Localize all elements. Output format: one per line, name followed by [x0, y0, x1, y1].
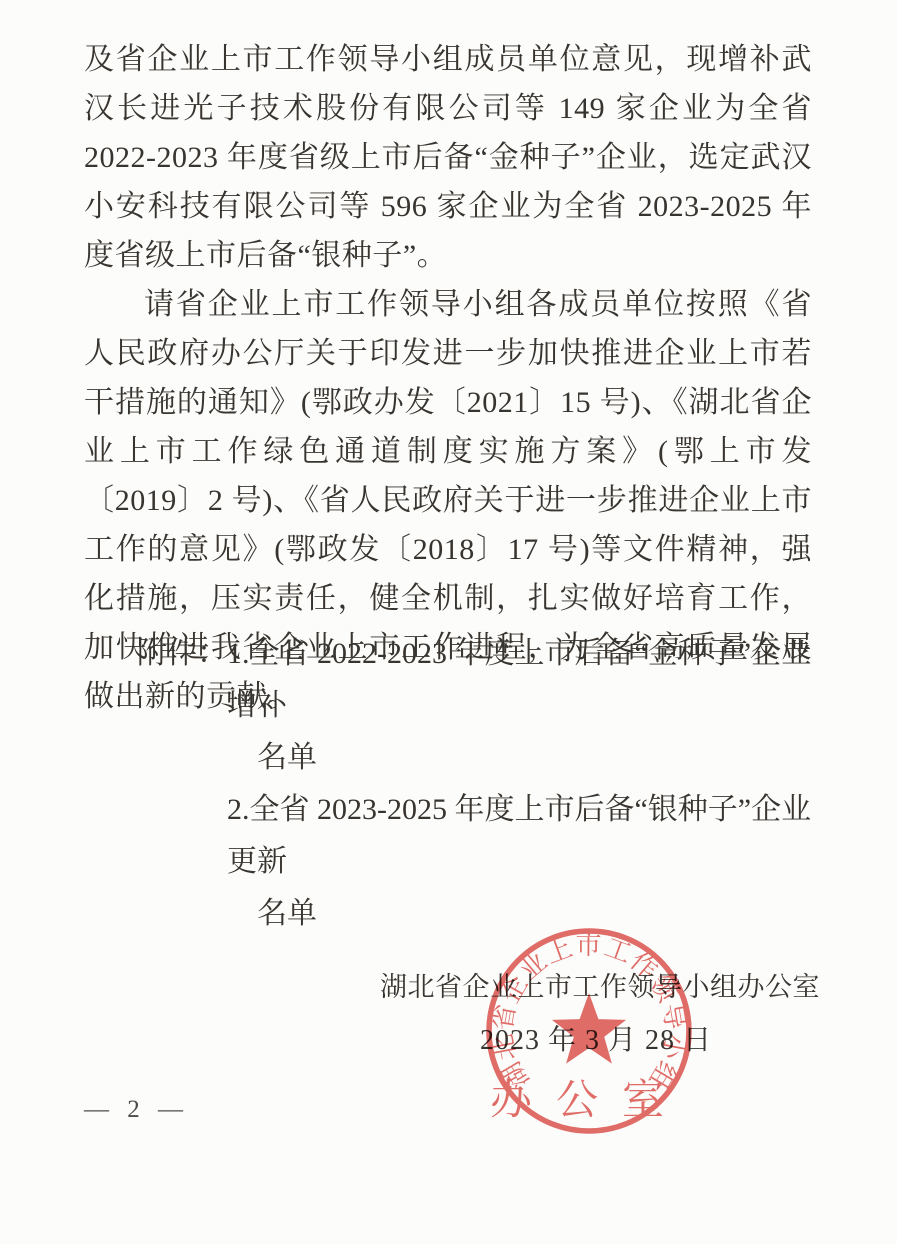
signature-block: 湖北省企业上市工作领导小组办公室 2023 年 3 月 28 日: [380, 970, 812, 1058]
attachments-block: 附件： 1.全省 2022-2023 年度上市后备“金种子”企业增补 名单 2.…: [137, 628, 837, 940]
page-number: — 2 —: [84, 1096, 189, 1124]
document-body: 及省企业上市工作领导小组成员单位意见，现增补武汉长进光子技术股份有限公司等 14…: [84, 35, 812, 721]
attachment-item-1: 1.全省 2022-2023 年度上市后备“金种子”企业增补 名单: [227, 628, 837, 784]
attachment-item-2-continuation: 名单: [227, 888, 837, 940]
attachment-item-2-text: 2.全省 2023-2025 年度上市后备“银种子”企业更新: [227, 784, 837, 888]
seal-center-text: 办公室: [490, 1078, 688, 1124]
signature-organization: 湖北省企业上市工作领导小组办公室: [380, 970, 812, 1004]
attachment-item-1-text: 1.全省 2022-2023 年度上市后备“金种子”企业增补: [227, 628, 837, 732]
attachments-list: 1.全省 2022-2023 年度上市后备“金种子”企业增补 名单 2.全省 2…: [227, 628, 837, 940]
attachments-label: 附件：: [137, 628, 227, 680]
document-page: 及省企业上市工作领导小组成员单位意见，现增补武汉长进光子技术股份有限公司等 14…: [0, 0, 897, 1244]
attachment-item-2: 2.全省 2023-2025 年度上市后备“银种子”企业更新 名单: [227, 784, 837, 940]
body-paragraph-1: 及省企业上市工作领导小组成员单位意见，现增补武汉长进光子技术股份有限公司等 14…: [84, 35, 812, 280]
attachment-item-1-continuation: 名单: [227, 732, 837, 784]
signature-date: 2023 年 3 月 28 日: [380, 1024, 812, 1058]
